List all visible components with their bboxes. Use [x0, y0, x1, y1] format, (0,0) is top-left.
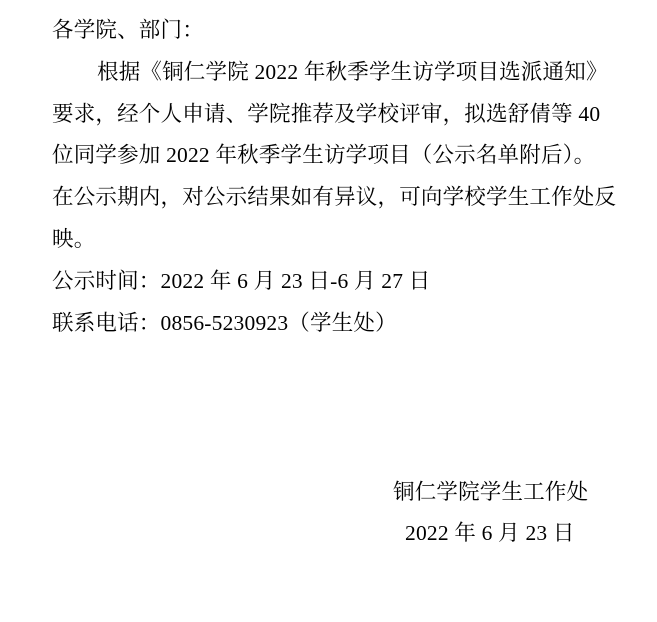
- body-paragraph-line-1: 根据《铜仁学院 2022 年秋季学生访学项目选派通知》: [52, 52, 608, 94]
- contact-phone-line: 联系电话：0856-5230923（学生处）: [52, 303, 608, 345]
- body-paragraph-line-3: 位同学参加 2022 年秋季学生访学项目（公示名单附后）。: [52, 135, 608, 177]
- notice-document-page: 各学院、部门： 根据《铜仁学院 2022 年秋季学生访学项目选派通知》 要求，经…: [0, 0, 657, 622]
- signature-organization: 铜仁学院学生工作处: [393, 472, 588, 514]
- signature-date: 2022 年 6 月 23 日: [405, 513, 575, 555]
- body-paragraph-line-2: 要求，经个人申请、学院推荐及学校评审，拟选舒倩等 40: [52, 94, 608, 136]
- body-paragraph-line-5: 映。: [52, 219, 608, 261]
- publicity-period-line: 公示时间：2022 年 6 月 23 日-6 月 27 日: [52, 261, 608, 303]
- salutation-line: 各学院、部门：: [52, 10, 608, 52]
- body-paragraph-line-4: 在公示期内，对公示结果如有异议，可向学校学生工作处反: [52, 177, 608, 219]
- notice-body: 各学院、部门： 根据《铜仁学院 2022 年秋季学生访学项目选派通知》 要求，经…: [52, 10, 608, 344]
